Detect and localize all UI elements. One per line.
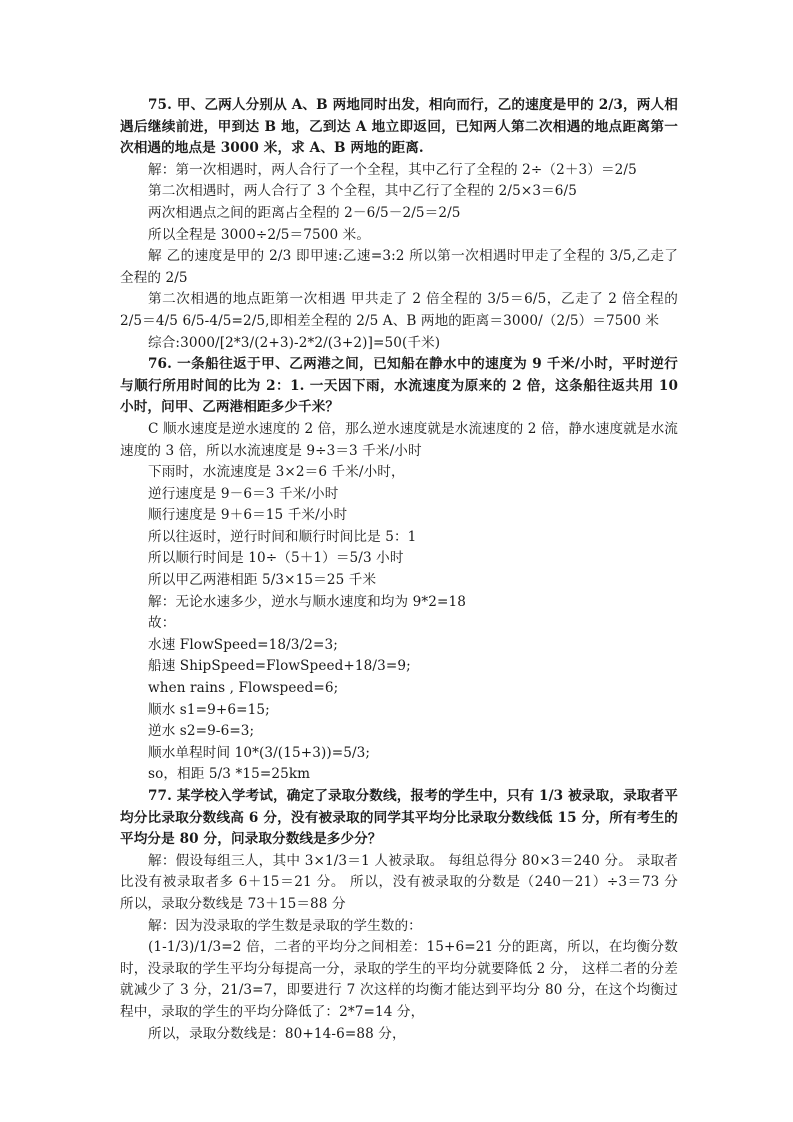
- problem-75-line: 所以全程是 3000÷2/5＝7500 米。: [120, 225, 678, 247]
- problem-76-line: when rains , Flowspeed=6;: [120, 678, 678, 700]
- problem-76-line: 顺行速度是 9＋6＝15 千米/小时: [120, 505, 678, 527]
- problem-75-line: 解：第一次相遇时，两人合行了一个全程，其中乙行了全程的 2÷（2＋3）＝2/5: [120, 160, 678, 182]
- problem-76-line: 顺水 s1=9+6=15;: [120, 700, 678, 722]
- problem-76-line: 逆行速度是 9－6＝3 千米/小时: [120, 484, 678, 506]
- problem-76-line: 水速 FlowSpeed=18/3/2=3;: [120, 635, 678, 657]
- problem-76-line: 顺水单程时间 10*(3/(15+3))=5/3;: [120, 743, 678, 765]
- problem-76-line: 故：: [120, 613, 678, 635]
- problem-76-line: so，相距 5/3 *15=25km: [120, 764, 678, 786]
- problem-76-question: 76. 一条船往返于甲、乙两港之间，已知船在静水中的速度为 9 千米/小时，平时…: [120, 354, 678, 419]
- problem-77-question: 77. 某学校入学考试，确定了录取分数线，报考的学生中，只有 1/3 被录取，录…: [120, 786, 678, 851]
- problem-77-line: 解：假设每组三人，其中 3×1/3＝1 人被录取。 每组总得分 80×3＝240…: [120, 851, 678, 916]
- problem-76-line: 所以甲乙两港相距 5/3×15＝25 千米: [120, 570, 678, 592]
- problem-77-line: 解：因为没录取的学生数是录取的学生数的：: [120, 916, 678, 938]
- problem-75-line: 两次相遇点之间的距离占全程的 2－6/5－2/5＝2/5: [120, 203, 678, 225]
- problem-77-line: (1-1/3)/1/3=2 倍，二者的平均分之间相差：15+6=21 分的距离，…: [120, 937, 678, 1023]
- problem-76-line: 逆水 s2=9-6=3;: [120, 721, 678, 743]
- problem-75-line: 解 乙的速度是甲的 2/3 即甲速:乙速=3:2 所以第一次相遇时甲走了全程的 …: [120, 246, 678, 289]
- document-page: 75. 甲、乙两人分别从 A、B 两地同时出发，相向而行，乙的速度是甲的 2/3…: [120, 95, 678, 1045]
- problem-76-line: 下雨时，水流速度是 3×2＝6 千米/小时，: [120, 462, 678, 484]
- problem-76-line: 船速 ShipSpeed=FlowSpeed+18/3=9;: [120, 656, 678, 678]
- problem-76-line: C 顺水速度是逆水速度的 2 倍，那么逆水速度就是水流速度的 2 倍，静水速度就…: [120, 419, 678, 462]
- problem-75-line: 第二次相遇时，两人合行了 3 个全程，其中乙行了全程的 2/5×3＝6/5: [120, 181, 678, 203]
- problem-76-line: 解：无论水速多少，逆水与顺水速度和均为 9*2=18: [120, 592, 678, 614]
- problem-77-line: 所以，录取分数线是：80+14-6=88 分，: [120, 1024, 678, 1046]
- problem-76-line: 所以顺行时间是 10÷（5＋1）＝5/3 小时: [120, 548, 678, 570]
- problem-75-line: 综合:3000/[2*3/(2+3)-2*2/(3+2)]=50(千米): [120, 333, 678, 355]
- problem-75-question: 75. 甲、乙两人分别从 A、B 两地同时出发，相向而行，乙的速度是甲的 2/3…: [120, 95, 678, 160]
- problem-76-line: 所以往返时，逆行时间和顺行时间比是 5：1: [120, 527, 678, 549]
- problem-75-line: 第二次相遇的地点距第一次相遇 甲共走了 2 倍全程的 3/5＝6/5，乙走了 2…: [120, 289, 678, 332]
